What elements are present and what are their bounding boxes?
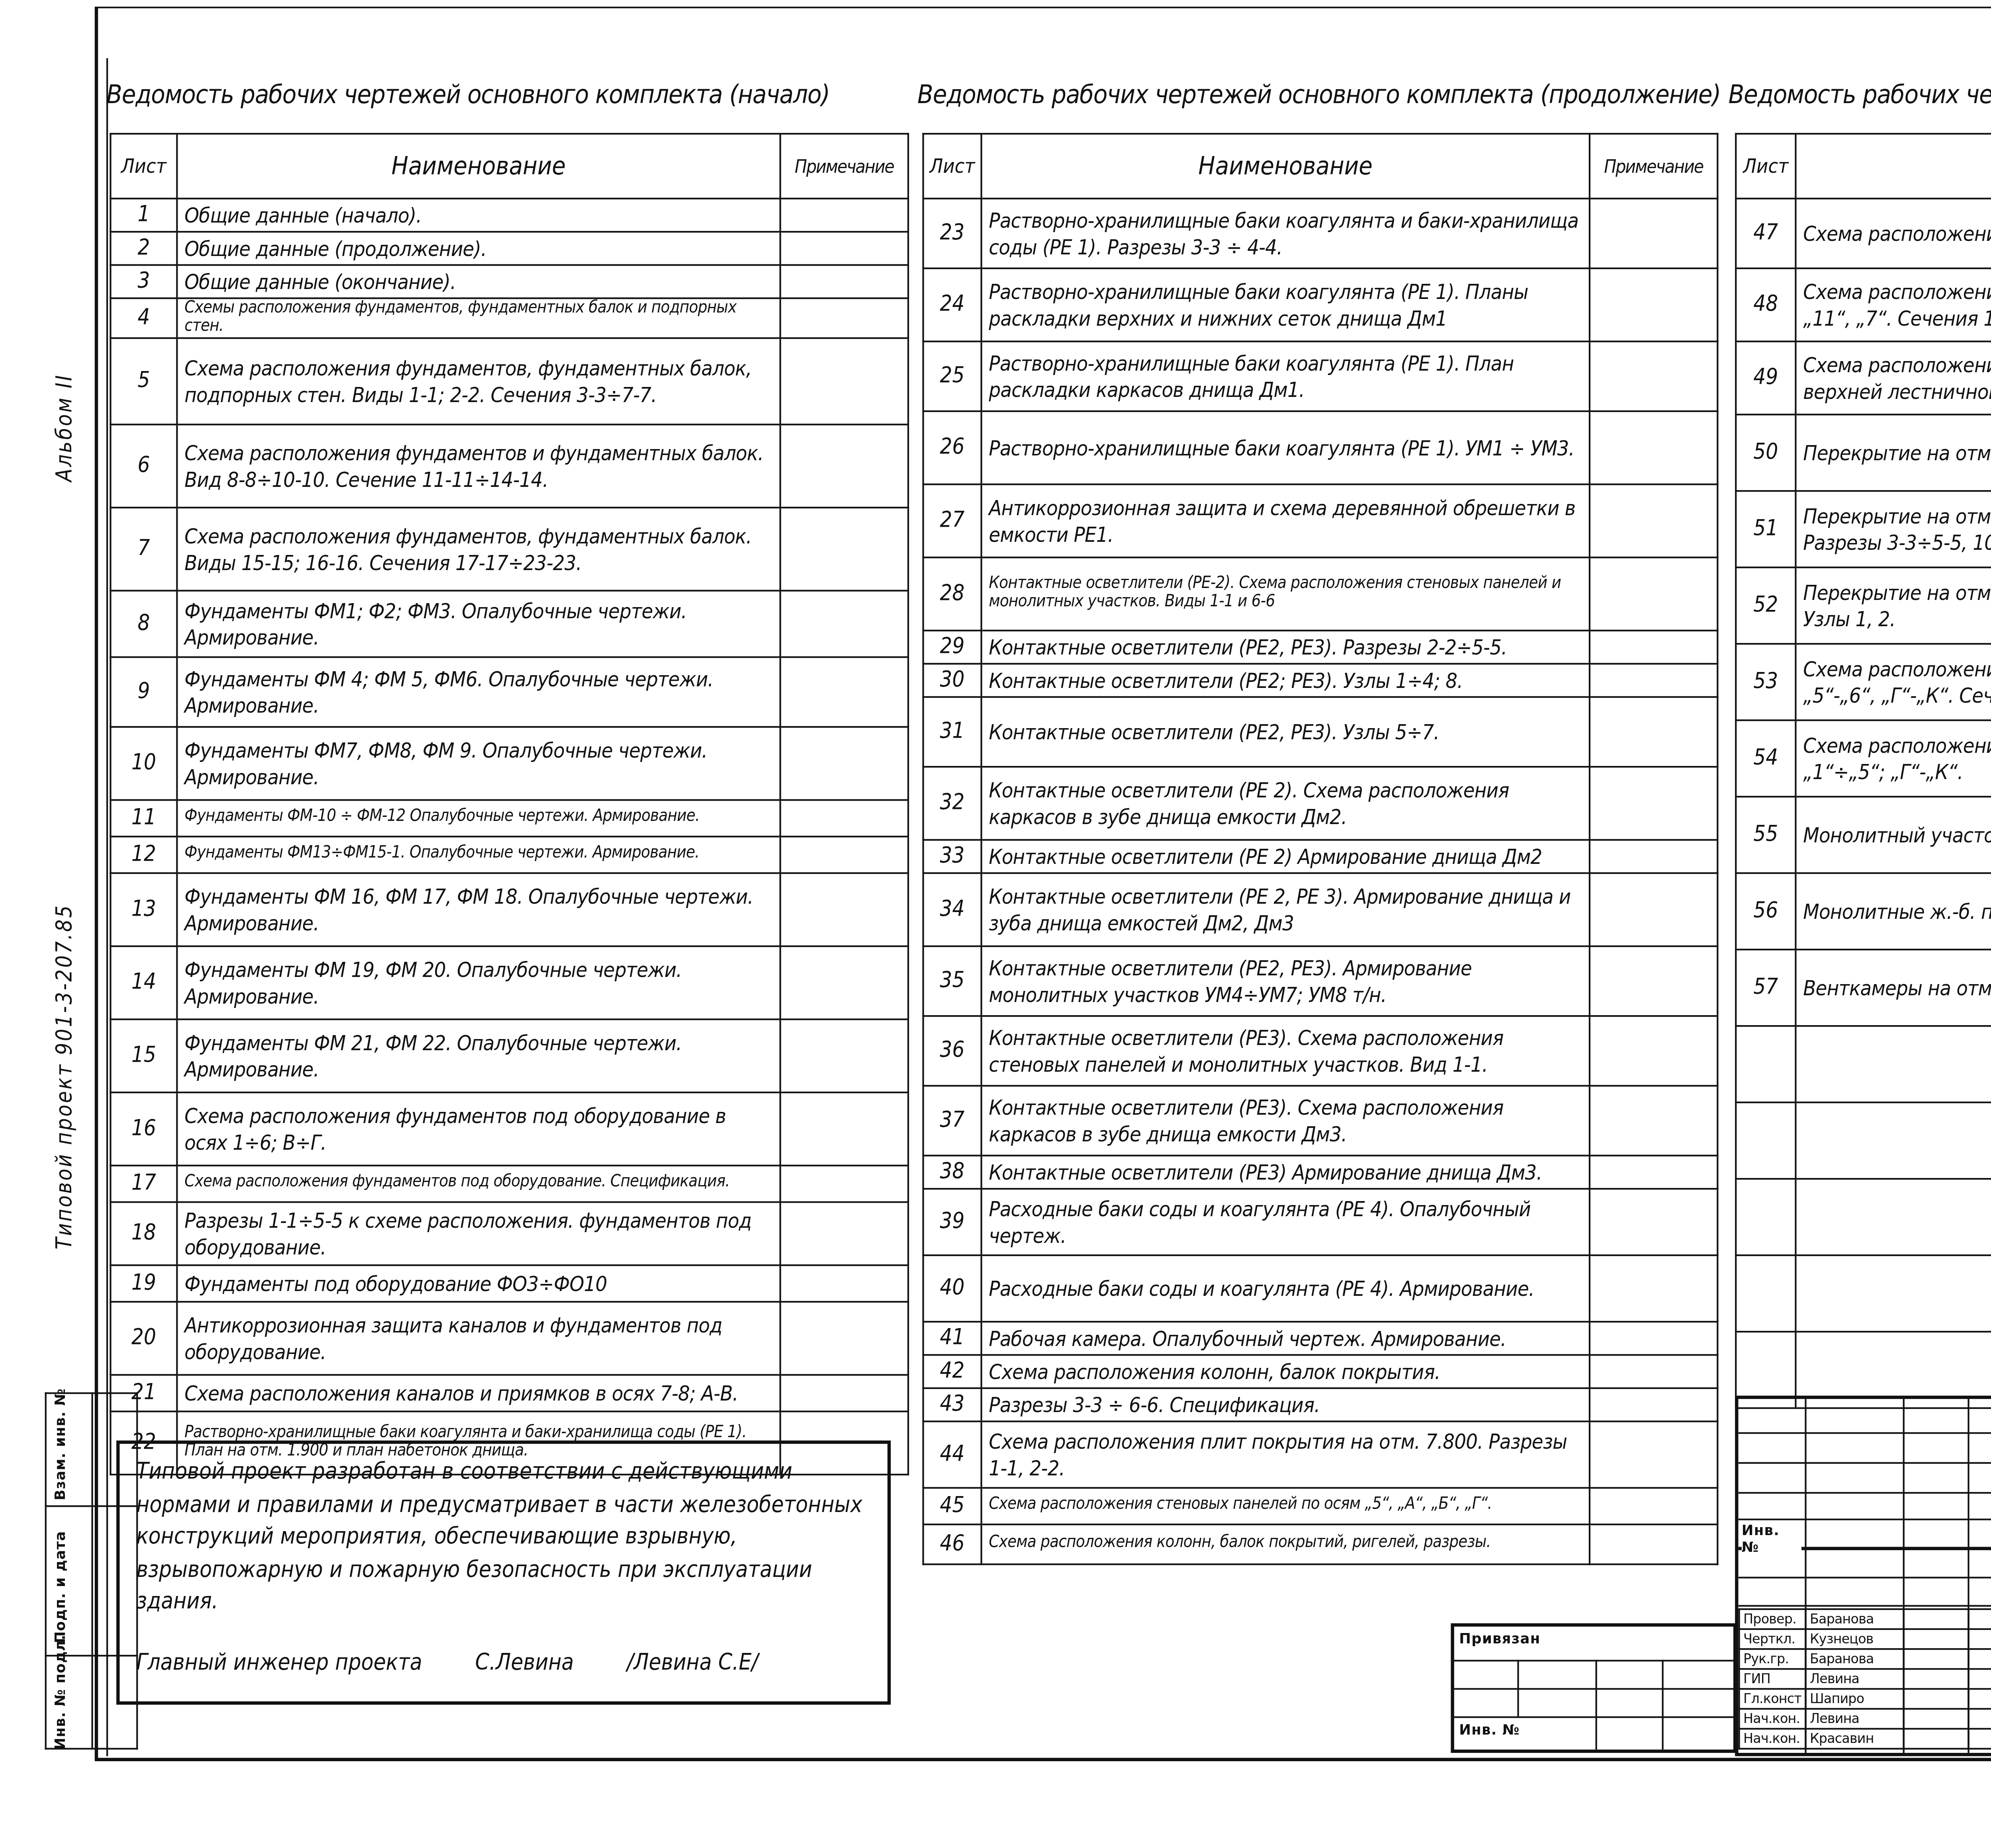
staff-signature	[1904, 1729, 1969, 1749]
table-row: 4Схемы расположения фундаментов, фундаме…	[111, 298, 908, 338]
table-row: 39Расходные баки соды и коагулянта (РЕ 4…	[923, 1189, 1717, 1255]
table-row: 28Контактные осветлители (РЕ-2). Схема р…	[923, 557, 1717, 631]
row-note	[1590, 484, 1717, 558]
row-note	[1590, 1086, 1717, 1155]
row-note	[1590, 664, 1717, 697]
row-name: Схема расположения лестничных маршей, пр…	[1795, 342, 1991, 415]
table-row: 20Антикоррозионная защита каналов и фунд…	[111, 1302, 908, 1375]
row-sheet: 27	[923, 484, 981, 558]
row-note	[780, 836, 908, 873]
row-sheet: 13	[111, 873, 177, 946]
staff-name: Кузнецов	[1806, 1629, 1904, 1649]
row-sheet: 56	[1736, 873, 1795, 949]
row-note	[1590, 767, 1717, 840]
row-note	[780, 338, 908, 424]
divider	[1662, 1660, 1664, 1749]
section-title-continued: Ведомость рабочих чертежей основного ком…	[917, 80, 1721, 109]
row-note	[780, 1375, 908, 1412]
row-name: Разрезы 3-3 ÷ 6-6. Спецификация.	[981, 1388, 1590, 1421]
table-row: 29Контактные осветлители (РЕ2, РЕ3). Раз…	[923, 631, 1717, 664]
row-sheet: 33	[923, 840, 981, 873]
staff-role: Черткл.	[1739, 1629, 1806, 1649]
header-note: Примечание	[1590, 134, 1717, 199]
row-sheet: 16	[111, 1092, 177, 1166]
staff-date	[1969, 1629, 1991, 1649]
staff-signature	[1904, 1689, 1969, 1709]
row-sheet	[1736, 1026, 1795, 1102]
staff-name: Красавин	[1806, 1729, 1904, 1749]
row-sheet: 10	[111, 727, 177, 800]
row-note	[780, 265, 908, 298]
row-note	[1590, 1016, 1717, 1086]
table-header: Лист Наименование Примечание	[923, 134, 1717, 199]
row-name: Контактные осветлители (РЕ3) Армирование…	[981, 1156, 1590, 1189]
divider	[1454, 1660, 1733, 1661]
divider	[1517, 1660, 1519, 1716]
row-note	[1590, 1156, 1717, 1189]
divider	[1738, 1519, 1991, 1520]
staff-row: Черткл.Кузнецов	[1739, 1629, 1991, 1649]
table-row: 5Схема расположения фундаментов, фундаме…	[111, 338, 908, 424]
table-row: 17Схема расположения фундаментов под обо…	[111, 1166, 908, 1202]
row-sheet: 53	[1736, 644, 1795, 720]
album-label: Альбом II	[53, 373, 78, 482]
sheet-list-table-end: Лист Наименование Примечание 47Схема рас…	[1735, 133, 1991, 1409]
binding-label: Привязан	[1459, 1631, 1540, 1648]
row-note	[1590, 840, 1717, 873]
row-name: Схема расположения стеновых панелей по о…	[981, 1488, 1590, 1524]
table-row: 55Монолитный участок МУ7. Армирование.	[1736, 797, 1991, 873]
row-note	[1590, 1255, 1717, 1322]
row-note	[1590, 1388, 1717, 1421]
row-name: Схема расположения плит перекрытия на от…	[1795, 720, 1991, 797]
row-name: Разрезы 1-1÷5-5 к схеме расположения. фу…	[177, 1202, 780, 1266]
table-row: 57Венткамеры на отм. 0.000; 3.600. Выбро…	[1736, 949, 1991, 1026]
row-name: Схема расположения стеновых панелей по о…	[1795, 268, 1991, 342]
row-name: Фундаменты ФМ13÷ФМ15-1. Опалубочные черт…	[177, 836, 780, 873]
table-row: 34Контактные осветлители (РЕ 2, РЕ 3). А…	[923, 873, 1717, 946]
table-row: 38Контактные осветлители (РЕ3) Армирован…	[923, 1156, 1717, 1189]
row-name: Контактные осветлители (РЕ2, РЕ3). Разре…	[981, 631, 1590, 664]
row-name: Рабочая камера. Опалубочный чертеж. Арми…	[981, 1322, 1590, 1355]
staff-role: Нач.кон.	[1739, 1709, 1806, 1729]
staff-name: Левина	[1806, 1709, 1904, 1729]
notes-text: Типовой проект разработан в соответствии…	[136, 1457, 871, 1619]
staff-name: Шапиро	[1806, 1689, 1904, 1709]
row-sheet: 41	[923, 1322, 981, 1355]
table-row-empty	[1736, 1026, 1991, 1102]
table-row: 49Схема расположения лестничных маршей, …	[1736, 342, 1991, 415]
row-note	[1590, 1189, 1717, 1255]
divider	[1738, 1432, 1991, 1434]
table-row: 13Фундаменты ФМ 16, ФМ 17, ФМ 18. Опалуб…	[111, 873, 908, 946]
signature-role: Главный инженер проекта	[136, 1651, 422, 1677]
staff-row: Провер.Баранова	[1739, 1609, 1991, 1629]
row-sheet: 14	[111, 946, 177, 1020]
inv-number-label: Инв. №	[1742, 1524, 1801, 1557]
header-note: Примечание	[780, 134, 908, 199]
row-sheet: 6	[111, 424, 177, 508]
staff-date	[1969, 1729, 1991, 1749]
row-sheet: 20	[111, 1302, 177, 1375]
row-name: Расходные баки соды и коагулянта (РЕ 4).…	[981, 1189, 1590, 1255]
row-name: Фундаменты ФМ 16, ФМ 17, ФМ 18. Опалубоч…	[177, 873, 780, 946]
row-name: Перекрытие на отм. 1.100. Монолитные уча…	[1795, 491, 1991, 567]
section-title-start: Ведомость рабочих чертежей основного ком…	[106, 80, 829, 109]
row-name: Контактные осветлители (РЕ2, РЕ3). Армир…	[981, 946, 1590, 1016]
row-name: Схема расположения плит покрытия на отм.…	[981, 1421, 1590, 1488]
row-name: Схема расположения фундаментов, фундамен…	[177, 338, 780, 424]
row-note	[1590, 1421, 1717, 1488]
row-name: Монолитные ж.-б. пояса. Опалубочный черт…	[1795, 873, 1991, 949]
binding-box: Привязан Инв. №	[1451, 1623, 1737, 1753]
row-sheet	[1736, 1179, 1795, 1255]
table-row: 46Схема расположения колонн, балок покры…	[923, 1524, 1717, 1564]
row-name: Антикоррозионная защита и схема деревянн…	[981, 484, 1590, 558]
row-sheet: 15	[111, 1019, 177, 1092]
header-sheet: Лист	[923, 134, 981, 199]
row-name: Венткамеры на отм. 0.000; 3.600. Выбросн…	[1795, 949, 1991, 1026]
row-note	[780, 1265, 908, 1302]
staff-role: Гл.конст	[1739, 1689, 1806, 1709]
table-row: 50Перекрытие на отм. 1.100. Монолитные у…	[1736, 414, 1991, 491]
table-row-empty	[1736, 1102, 1991, 1179]
table-row: 37Контактные осветлители (РЕ3). Схема ра…	[923, 1086, 1717, 1155]
table-row: 16Схема расположения фундаментов под обо…	[111, 1092, 908, 1166]
row-name: Контактные осветлители (РЕ2; РЕ3). Узлы …	[981, 664, 1590, 697]
table-header: Лист Наименование Примечание	[1736, 134, 1991, 199]
row-sheet: 25	[923, 342, 981, 411]
row-sheet: 43	[923, 1388, 981, 1421]
table-row: 15Фундаменты ФМ 21, ФМ 22. Опалубочные ч…	[111, 1019, 908, 1092]
table-row: 6Схема расположения фундаментов и фундам…	[111, 424, 908, 508]
row-name: Фундаменты под оборудование ФО3÷ФО10	[177, 1265, 780, 1302]
staff-date	[1969, 1609, 1991, 1629]
table-header: Лист Наименование Примечание	[111, 134, 908, 199]
row-name: Контактные осветлители (РЕ-2). Схема рас…	[981, 557, 1590, 631]
table-row: 10Фундаменты ФМ7, ФМ8, ФМ 9. Опалубочные…	[111, 727, 908, 800]
row-note	[780, 1302, 908, 1375]
row-note	[1590, 873, 1717, 946]
row-note	[1590, 411, 1717, 484]
table-row: 47Схема расположения плит покрытия и пер…	[1736, 199, 1991, 268]
row-note	[1590, 1322, 1717, 1355]
row-note	[780, 298, 908, 338]
row-note	[780, 424, 908, 508]
row-name: Общие данные (начало).	[177, 199, 780, 232]
row-sheet: 17	[111, 1166, 177, 1202]
general-notes: Типовой проект разработан в соответствии…	[116, 1440, 891, 1705]
table-row: 52Перекрытие на отм. 1.100. Балки БМ1÷БМ…	[1736, 567, 1991, 644]
header-name: Наименование	[981, 134, 1590, 199]
table-row: 21Схема расположения каналов и приямков …	[111, 1375, 908, 1412]
row-sheet: 57	[1736, 949, 1795, 1026]
drawing-sheet: 16 Альбом II Типовой проект 901-3-207.85…	[0, 0, 1991, 1848]
table-row: 19Фундаменты под оборудование ФО3÷ФО10	[111, 1265, 908, 1302]
row-name: Схема расположения колонн, балок покрыти…	[981, 1524, 1590, 1564]
row-sheet: 11	[111, 800, 177, 837]
header-name: Наименование	[177, 134, 780, 199]
staff-role: Рук.гр.	[1739, 1649, 1806, 1669]
row-sheet: 9	[111, 657, 177, 727]
row-sheet: 19	[111, 1265, 177, 1302]
row-sheet: 18	[111, 1202, 177, 1266]
table-row: 51Перекрытие на отм. 1.100. Монолитные у…	[1736, 491, 1991, 567]
row-note	[780, 657, 908, 727]
table-row: 9Фундаменты ФМ 4; ФМ 5, ФМ6. Опалубочные…	[111, 657, 908, 727]
header-sheet: Лист	[1736, 134, 1795, 199]
row-note	[780, 591, 908, 657]
row-sheet: 2	[111, 232, 177, 265]
row-note	[1590, 199, 1717, 268]
row-name: Монолитный участок МУ7. Армирование.	[1795, 797, 1991, 873]
staff-signature	[1904, 1669, 1969, 1689]
row-sheet: 31	[923, 697, 981, 767]
staff-role: Провер.	[1739, 1609, 1806, 1629]
row-sheet: 12	[111, 836, 177, 873]
table-row: 42Схема расположения колонн, балок покры…	[923, 1355, 1717, 1388]
row-name: Антикоррозионная защита каналов и фундам…	[177, 1302, 780, 1375]
row-note	[1590, 1355, 1717, 1388]
table-row: 56Монолитные ж.-б. пояса. Опалубочный че…	[1736, 873, 1991, 949]
table-row: 7Схема расположения фундаментов, фундаме…	[111, 508, 908, 591]
row-name: Контактные осветлители (РЕ 2). Схема рас…	[981, 767, 1590, 840]
staff-name: Баранова	[1806, 1609, 1904, 1629]
staff-role: Нач.кон.	[1739, 1729, 1806, 1749]
staff-row: ГИПЛевина	[1739, 1669, 1991, 1689]
row-note	[1590, 946, 1717, 1016]
row-name: Перекрытие на отм. 1.100. Балки БМ1÷БМ3 …	[1795, 567, 1991, 644]
row-sheet	[1736, 1255, 1795, 1332]
table-row: 23Растворно-хранилищные баки коагулянта …	[923, 199, 1717, 268]
row-note	[780, 1019, 908, 1092]
row-sheet: 45	[923, 1488, 981, 1524]
table-row-empty	[1736, 1255, 1991, 1332]
table-row: 8Фундаменты ФМ1; Ф2; ФМ3. Опалубочные че…	[111, 591, 908, 657]
row-name: Растворно-хранилищные баки коагулянта и …	[981, 199, 1590, 268]
staff-date	[1969, 1649, 1991, 1669]
row-name: Фундаменты ФМ 19, ФМ 20. Опалубочные чер…	[177, 946, 780, 1020]
row-note	[780, 727, 908, 800]
row-sheet: 23	[923, 199, 981, 268]
divider	[1738, 1577, 1991, 1578]
row-sheet: 42	[923, 1355, 981, 1388]
row-name: Растворно-хранилищные баки коагулянта (Р…	[981, 268, 1590, 342]
row-sheet: 37	[923, 1086, 981, 1155]
row-name: Схема расположения фундаментов под обору…	[177, 1092, 780, 1166]
table-row: 45Схема расположения стеновых панелей по…	[923, 1488, 1717, 1524]
row-sheet: 48	[1736, 268, 1795, 342]
row-sheet: 50	[1736, 414, 1795, 491]
table-row: 26Растворно-хранилищные баки коагулянта …	[923, 411, 1717, 484]
row-sheet: 8	[111, 591, 177, 657]
table-row: 1Общие данные (начало).	[111, 199, 908, 232]
row-name	[1795, 1102, 1991, 1179]
table-row: 31Контактные осветлители (РЕ2, РЕ3). Узл…	[923, 697, 1717, 767]
row-note	[780, 1202, 908, 1266]
row-name: Общие данные (окончание).	[177, 265, 780, 298]
row-sheet: 21	[111, 1375, 177, 1412]
table-row: 48Схема расположения стеновых панелей по…	[1736, 268, 1991, 342]
row-name: Общие данные (продолжение).	[177, 232, 780, 265]
table-row: 12Фундаменты ФМ13÷ФМ15-1. Опалубочные че…	[111, 836, 908, 873]
table-row: 44Схема расположения плит покрытия на от…	[923, 1421, 1717, 1488]
table-row: 14Фундаменты ФМ 19, ФМ 20. Опалубочные ч…	[111, 946, 908, 1020]
row-note	[780, 508, 908, 591]
row-note	[1590, 697, 1717, 767]
staff-signature	[1904, 1709, 1969, 1729]
row-sheet: 26	[923, 411, 981, 484]
staff-date	[1969, 1689, 1991, 1709]
table-row: 54Схема расположения плит перекрытия на …	[1736, 720, 1991, 797]
row-name: Фундаменты ФМ-10 ÷ ФМ-12 Опалубочные чер…	[177, 800, 780, 837]
divider	[1738, 1605, 1991, 1607]
row-sheet: 55	[1736, 797, 1795, 873]
row-sheet: 40	[923, 1255, 981, 1322]
table-row: 25Растворно-хранилищные баки коагулянта …	[923, 342, 1717, 411]
row-name: Схема расположения плит перекрытия на от…	[1795, 644, 1991, 720]
row-name: Схема расположения фундаментов под обору…	[177, 1166, 780, 1202]
row-name: Перекрытие на отм. 1.100. Монолитные уча…	[1795, 414, 1991, 491]
row-name: Контактные осветлители (РЕ 2) Армировани…	[981, 840, 1590, 873]
table-row: 3Общие данные (окончание).	[111, 265, 908, 298]
staff-date	[1969, 1709, 1991, 1729]
staff-role: ГИП	[1739, 1669, 1806, 1689]
row-name: Контактные осветлители (РЕ3). Схема расп…	[981, 1016, 1590, 1086]
divider	[1454, 1716, 1733, 1718]
row-sheet: 7	[111, 508, 177, 591]
row-sheet: 46	[923, 1524, 981, 1564]
table-row: 30Контактные осветлители (РЕ2; РЕ3). Узл…	[923, 664, 1717, 697]
signature-name: /Левина С.Е/	[627, 1651, 758, 1677]
title-block: Инв. № Провер.Баранова Черткл.Кузнецов Р…	[1735, 1396, 1991, 1756]
section-title-end: Ведомость рабочих чертежей основного ком…	[1728, 80, 1991, 109]
row-sheet: 5	[111, 338, 177, 424]
row-name: Фундаменты ФМ 21, ФМ 22. Опалубочные чер…	[177, 1019, 780, 1092]
table-row: 24Растворно-хранилищные баки коагулянта …	[923, 268, 1717, 342]
divider	[1738, 1462, 1991, 1464]
staff-row: Нач.кон.Красавин	[1739, 1729, 1991, 1749]
row-note	[780, 873, 908, 946]
row-sheet: 29	[923, 631, 981, 664]
row-sheet: 51	[1736, 491, 1795, 567]
row-name: Контактные осветлители (РЕ3). Схема расп…	[981, 1086, 1590, 1155]
row-sheet: 3	[111, 265, 177, 298]
sheet-list-table-start: Лист Наименование Примечание 1Общие данн…	[110, 133, 909, 1475]
row-name: Контактные осветлители (РЕ 2, РЕ 3). Арм…	[981, 873, 1590, 946]
row-name	[1795, 1026, 1991, 1102]
table-row: 36Контактные осветлители (РЕ3). Схема ра…	[923, 1016, 1717, 1086]
staff-date	[1969, 1669, 1991, 1689]
row-sheet: 52	[1736, 567, 1795, 644]
divider	[1596, 1660, 1597, 1749]
row-note	[1590, 342, 1717, 411]
row-sheet: 54	[1736, 720, 1795, 797]
row-sheet: 47	[1736, 199, 1795, 268]
row-sheet: 4	[111, 298, 177, 338]
inv-label: Инв. №	[1459, 1723, 1520, 1740]
table-row: 33Контактные осветлители (РЕ 2) Армирова…	[923, 840, 1717, 873]
row-name: Схемы расположения фундаментов, фундамен…	[177, 298, 780, 338]
staff-row: Гл.констШапиро	[1739, 1689, 1991, 1709]
row-sheet: 32	[923, 767, 981, 840]
project-label: Типовой проект 901-3-207.85	[53, 904, 78, 1249]
row-name: Растворно-хранилищные баки коагулянта (Р…	[981, 342, 1590, 411]
row-name: Фундаменты ФМ 4; ФМ 5, ФМ6. Опалубочные …	[177, 657, 780, 727]
sheet-list-table-continued: Лист Наименование Примечание 23Растворно…	[922, 133, 1718, 1565]
header-name: Наименование	[1795, 134, 1991, 199]
row-sheet: 35	[923, 946, 981, 1016]
row-name: Схема расположения фундаментов и фундаме…	[177, 424, 780, 508]
staff-name: Баранова	[1806, 1649, 1904, 1669]
row-sheet: 1	[111, 199, 177, 232]
row-sheet: 24	[923, 268, 981, 342]
staff-row: Рук.гр.Баранова	[1739, 1649, 1991, 1669]
row-sheet: 30	[923, 664, 981, 697]
stamp-label-vzam: Взам. инв. №	[53, 1388, 70, 1500]
staff-table: Провер.Баранова Черткл.Кузнецов Рук.гр.Б…	[1738, 1608, 1991, 1750]
row-name	[1795, 1179, 1991, 1255]
header-sheet: Лист	[111, 134, 177, 199]
staff-signature	[1904, 1629, 1969, 1649]
row-name: Расходные баки соды и коагулянта (РЕ 4).…	[981, 1255, 1590, 1322]
row-sheet: 34	[923, 873, 981, 946]
row-name: Фундаменты ФМ1; Ф2; ФМ3. Опалубочные чер…	[177, 591, 780, 657]
row-note	[780, 800, 908, 837]
signature: С.Левина	[475, 1651, 574, 1677]
row-name: Схема расположения колонн, балок покрыти…	[981, 1355, 1590, 1388]
row-note	[780, 1092, 908, 1166]
row-sheet: 49	[1736, 342, 1795, 415]
row-note	[1590, 1524, 1717, 1564]
table-row: 18Разрезы 1-1÷5-5 к схеме расположения. …	[111, 1202, 908, 1266]
signature-line: Главный инженер проекта С.Левина /Левина…	[136, 1649, 867, 1682]
table-row: 35Контактные осветлители (РЕ2, РЕ3). Арм…	[923, 946, 1717, 1016]
row-note	[1590, 557, 1717, 631]
row-sheet: 39	[923, 1189, 981, 1255]
staff-signature	[1904, 1649, 1969, 1669]
table-row: 2Общие данные (продолжение).	[111, 232, 908, 265]
staff-signature	[1904, 1609, 1969, 1629]
table-row-empty	[1736, 1179, 1991, 1255]
table-row: 11Фундаменты ФМ-10 ÷ ФМ-12 Опалубочные ч…	[111, 800, 908, 837]
staff-name: Левина	[1806, 1669, 1904, 1689]
row-name: Схема расположения каналов и приямков в …	[177, 1375, 780, 1412]
row-note	[1590, 631, 1717, 664]
row-name: Растворно-хранилищные баки коагулянта (Р…	[981, 411, 1590, 484]
divider	[1454, 1688, 1733, 1690]
table-row: 32Контактные осветлители (РЕ 2). Схема р…	[923, 767, 1717, 840]
row-name	[1795, 1255, 1991, 1332]
row-note	[780, 946, 908, 1020]
table-row: 43Разрезы 3-3 ÷ 6-6. Спецификация.	[923, 1388, 1717, 1421]
row-note	[780, 232, 908, 265]
row-note	[780, 199, 908, 232]
table-row: 53Схема расположения плит перекрытия на …	[1736, 644, 1991, 720]
table-row: 41Рабочая камера. Опалубочный чертеж. Ар…	[923, 1322, 1717, 1355]
row-sheet: 36	[923, 1016, 981, 1086]
staff-row: Нач.кон.Левина	[1739, 1709, 1991, 1729]
row-sheet: 28	[923, 557, 981, 631]
row-sheet	[1736, 1102, 1795, 1179]
stamp-label-podp: Подп. и дата	[53, 1532, 70, 1644]
row-note	[1590, 1488, 1717, 1524]
row-sheet: 44	[923, 1421, 981, 1488]
table-row: 27Антикоррозионная защита и схема деревя…	[923, 484, 1717, 558]
row-note	[1590, 268, 1717, 342]
row-name: Схема расположения плит покрытия и перек…	[1795, 199, 1991, 268]
divider	[1738, 1492, 1991, 1494]
